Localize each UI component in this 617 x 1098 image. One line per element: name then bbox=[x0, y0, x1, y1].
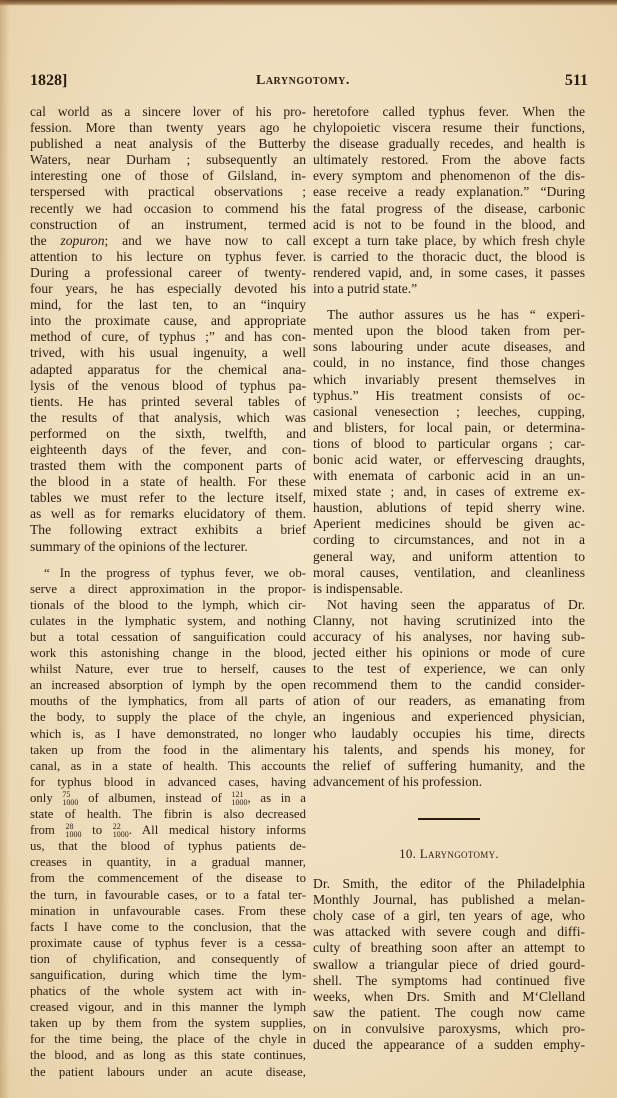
text-line: phatics of the whole system act with in- bbox=[30, 983, 306, 999]
text-line: general way, and uniform attention to bbox=[313, 549, 585, 565]
text-line: sanguification, during which time the ly… bbox=[30, 967, 306, 983]
text-line: as well as for remarks elucidatory of th… bbox=[30, 506, 306, 522]
right-paragraph-2: The author assures us he has “ experi- m… bbox=[313, 307, 585, 597]
text-line: ation of our readers, as emanating from bbox=[313, 693, 585, 709]
text-line: construction of an instrument, termed bbox=[30, 217, 306, 233]
text-line: Waters, near Durham ; subsequently an bbox=[30, 152, 306, 168]
text-line: work this astonishing change in the bloo… bbox=[30, 645, 306, 661]
text-line: heretofore called typhus fever. When the bbox=[313, 104, 585, 120]
text-fragment: ; and we have now to call bbox=[105, 233, 306, 248]
text-line: who laudably occupies his time, directs bbox=[313, 726, 585, 742]
section-title: Laryngotomy. bbox=[420, 846, 499, 861]
text-fragment: to bbox=[92, 823, 102, 837]
text-line: is indispensable. bbox=[313, 581, 585, 597]
text-line: haustion, ablutions of tepid sherry wine… bbox=[313, 500, 585, 516]
text-line: duced the appearance of a sudden emphy- bbox=[313, 1037, 585, 1053]
text-line: the fatal progress of the disease, carbo… bbox=[313, 201, 585, 217]
page-number: 511 bbox=[565, 72, 588, 90]
text-line-with-fractions: from 281000 to 221000. All medical histo… bbox=[30, 822, 306, 838]
text-line: and blisters, for local pain, or determi… bbox=[313, 420, 585, 436]
text-line: for typhus blood in advanced cases, havi… bbox=[30, 774, 306, 790]
text-line: tions of blood to particular organs ; ca… bbox=[313, 436, 585, 452]
text-line: chylopoietic viscera resume their functi… bbox=[313, 120, 585, 136]
text-line: the body, to supply the place of the chy… bbox=[30, 709, 306, 725]
text-line: creases in quantity, in a gradual manner… bbox=[30, 854, 306, 870]
text-line: fession. More than twenty years ago he bbox=[30, 120, 306, 136]
text-fragment: only bbox=[30, 791, 53, 805]
text-line: Monthly Journal, has published a melan- bbox=[313, 892, 585, 908]
text-line: shell. The symptoms had continued five bbox=[313, 973, 585, 989]
text-line: ultimately restored. From the above fact… bbox=[313, 152, 585, 168]
text-line: every symptom and phenomenon of the dis- bbox=[313, 168, 585, 184]
text-line: which is, as I have demonstrated, no lon… bbox=[30, 726, 306, 742]
text-line: tients. He has printed several tables of bbox=[30, 394, 306, 410]
section-divider-rule bbox=[418, 818, 480, 820]
text-line: saw the patient. The cough now came bbox=[313, 1005, 585, 1021]
text-line: from the commencement of the disease to bbox=[30, 870, 306, 886]
text-line: was attacked with severe cough and diffi… bbox=[313, 924, 585, 940]
fraction-albumen-typhus: 751000 bbox=[62, 791, 78, 807]
text-line: except a turn take place, by which fresh… bbox=[313, 233, 585, 249]
text-line: The author assures us he has “ experi- bbox=[313, 307, 585, 323]
text-line: cal world as a sincere lover of his pro- bbox=[30, 104, 306, 120]
right-paragraph-3: Not having seen the apparatus of Dr. Cla… bbox=[313, 597, 585, 790]
text-line: for the time being, the place of the chy… bbox=[30, 1031, 306, 1047]
text-line: the turn, in favourable cases, or to a f… bbox=[30, 887, 306, 903]
text-line: mination in unfavourable cases. From the… bbox=[30, 903, 306, 919]
text-line: facts I have come to the conclusion, tha… bbox=[30, 919, 306, 935]
text-line: swallow a triangular piece of dried gour… bbox=[313, 957, 585, 973]
text-line: rendered vapid, and, in some cases, it p… bbox=[313, 265, 585, 281]
page-gutter-shadow bbox=[0, 0, 10, 1098]
text-line: trasted them with the component parts of bbox=[30, 458, 306, 474]
text-line: method of cure, of typhus ;” and has con… bbox=[30, 329, 306, 345]
text-line: culty of breathing soon after an attempt… bbox=[313, 940, 585, 956]
text-line: “ In the progress of typhus fever, we ob… bbox=[30, 565, 306, 581]
text-line: mind, for the last ten, to an “inquiry bbox=[30, 297, 306, 313]
fraction-fibrin-to: 221000 bbox=[113, 823, 129, 839]
text-line: accuracy of his analyses, nor having sub… bbox=[313, 629, 585, 645]
text-fragment: of albumen, instead of bbox=[88, 791, 222, 805]
text-line: taken up from the food in the alimentary bbox=[30, 742, 306, 758]
text-line: is carried to the thoracic duct, the blo… bbox=[313, 249, 585, 265]
text-line: on in convulsive paroxysms, which pro- bbox=[313, 1021, 585, 1037]
text-fragment: , as in a bbox=[248, 791, 306, 805]
text-line: culates in the lymphatic system, and not… bbox=[30, 613, 306, 629]
text-line: the results of that analysis, which was bbox=[30, 410, 306, 426]
text-line: tionals of the blood to the lymph, which… bbox=[30, 597, 306, 613]
text-line: us, that the blood of typhus patients de… bbox=[30, 838, 306, 854]
text-line: an ingenious and experienced physician, bbox=[313, 709, 585, 725]
italic-term: zopuron bbox=[60, 233, 104, 248]
text-line: the patient labours under an acute disea… bbox=[30, 1064, 306, 1080]
text-line: an increased absorption of lymph by the … bbox=[30, 677, 306, 693]
text-line: which invariably present themselves in bbox=[313, 372, 585, 388]
left-paragraph-1: cal world as a sincere lover of his pro-… bbox=[30, 104, 306, 555]
text-line: interesting one of those of Gilsland, in… bbox=[30, 168, 306, 184]
text-line: cording to circumstances, and not in a bbox=[313, 532, 585, 548]
text-line: terspersed with practical observations ; bbox=[30, 184, 306, 200]
text-line: his talents, and spends his money, for bbox=[313, 742, 585, 758]
text-line: to the test of experience, we can only bbox=[313, 661, 585, 677]
text-line: the blood in a state of health. For thes… bbox=[30, 474, 306, 490]
text-line: with enemata of carbonic acid in an un- bbox=[313, 468, 585, 484]
text-line: serve a direct approximation in the prop… bbox=[30, 581, 306, 597]
section-number: 10. bbox=[399, 846, 416, 861]
text-line: the disease gradually recedes, and healt… bbox=[313, 136, 585, 152]
lecture-quote: “ In the progress of typhus fever, we ob… bbox=[30, 565, 306, 1080]
header-year: 1828] bbox=[30, 72, 67, 90]
text-line: could, in no instance, find those change… bbox=[313, 355, 585, 371]
text-line: proximate cause of typhus fever is a ces… bbox=[30, 935, 306, 951]
text-line: weeks, when Drs. Smith and M‘Clelland bbox=[313, 989, 585, 1005]
text-line-with-fractions: only 751000 of albumen, instead of 12110… bbox=[30, 790, 306, 806]
text-line: into the proximate cause, and appropriat… bbox=[30, 313, 306, 329]
text-line: recommend them to the candid consider- bbox=[313, 677, 585, 693]
text-line: canal, as in a state of health. This acc… bbox=[30, 758, 306, 774]
text-line: creased vigour, and in this manner the l… bbox=[30, 999, 306, 1015]
text-line: advancement of his profession. bbox=[313, 774, 585, 790]
text-line: tables we must refer to the lecture itse… bbox=[30, 490, 306, 506]
text-line: sons labouring under acute diseases, and bbox=[313, 339, 585, 355]
right-column: heretofore called typhus fever. When the… bbox=[313, 104, 585, 1053]
text-line: moral causes, ventilation, and cleanline… bbox=[313, 565, 585, 581]
text-line: eighteenth days of the fever, and con- bbox=[30, 442, 306, 458]
text-line: trived, with his usual ingenuity, a well bbox=[30, 345, 306, 361]
text-line: the relief of suffering humanity, and th… bbox=[313, 758, 585, 774]
text-line: Not having seen the apparatus of Dr. bbox=[313, 597, 585, 613]
text-line: mouths of the lymphatics, from all parts… bbox=[30, 693, 306, 709]
text-line: but a total cessation of sanguification … bbox=[30, 629, 306, 645]
text-line: Dr. Smith, the editor of the Philadelphi… bbox=[313, 876, 585, 892]
fraction-fibrin-from: 281000 bbox=[66, 823, 82, 839]
text-line: typhus.” His treatment consists of oc- bbox=[313, 388, 585, 404]
text-fragment: . All medical history informs bbox=[129, 823, 306, 837]
text-line: four years, he has especially devoted hi… bbox=[30, 281, 306, 297]
text-line: Clanny, not having scrutinized into the bbox=[313, 613, 585, 629]
right-paragraph-4: Dr. Smith, the editor of the Philadelphi… bbox=[313, 876, 585, 1053]
text-line: attention to his lecture on typhus fever… bbox=[30, 249, 306, 265]
text-line: summary of the opinions of the lecturer. bbox=[30, 539, 306, 555]
fraction-albumen-health: 1211000 bbox=[232, 791, 248, 807]
text-line: choly case of a girl, ten years of age, … bbox=[313, 908, 585, 924]
text-line: taken up by them from the system supplie… bbox=[30, 1015, 306, 1031]
text-line: mixed state ; and, in cases of extreme e… bbox=[313, 484, 585, 500]
text-line: During a professional career of twenty- bbox=[30, 265, 306, 281]
text-line: ease receive a ready explanation.” “Duri… bbox=[313, 184, 585, 200]
left-column: cal world as a sincere lover of his pro-… bbox=[30, 104, 306, 1080]
text-line: recently we had occasion to commend his bbox=[30, 201, 306, 217]
text-line: acid is not to be found in the blood, an… bbox=[313, 217, 585, 233]
book-page: 1828] Laryngotomy. 511 cal world as a si… bbox=[0, 0, 617, 1098]
text-line: published a neat analysis of the Butterb… bbox=[30, 136, 306, 152]
text-line: lysis of the venous blood of typhus pa- bbox=[30, 378, 306, 394]
text-line: adapted apparatus for the chemical ana- bbox=[30, 362, 306, 378]
text-line: performed on the sixth, twelfth, and bbox=[30, 426, 306, 442]
text-line: The following extract exhibits a brief bbox=[30, 522, 306, 538]
text-line: bonic acid water, or effervescing draugh… bbox=[313, 452, 585, 468]
text-line: mented upon the blood taken from per- bbox=[313, 323, 585, 339]
text-line: whilst Nature, ever true to herself, cau… bbox=[30, 661, 306, 677]
text-line: into a putrid state.” bbox=[313, 281, 585, 297]
text-line: Aperient medicines should be given ac- bbox=[313, 516, 585, 532]
header-title: Laryngotomy. bbox=[256, 73, 350, 89]
text-line: tion of chylification, and consequently … bbox=[30, 951, 306, 967]
running-header: 1828] Laryngotomy. 511 bbox=[30, 72, 588, 92]
right-paragraph-1: heretofore called typhus fever. When the… bbox=[313, 104, 585, 297]
text-line: the zopuron; and we have now to call bbox=[30, 233, 306, 249]
section-heading: 10. Laryngotomy. bbox=[313, 846, 585, 862]
text-line: casional venesection ; leeches, cupping, bbox=[313, 404, 585, 420]
text-fragment: from bbox=[30, 823, 55, 837]
text-line: state of health. The fibrin is also decr… bbox=[30, 806, 306, 822]
text-fragment: the bbox=[30, 233, 47, 248]
text-line: the blood, and as long as this state con… bbox=[30, 1047, 306, 1063]
page-top-edge bbox=[0, 0, 617, 6]
text-line: jected either his opinions or mode of cu… bbox=[313, 645, 585, 661]
